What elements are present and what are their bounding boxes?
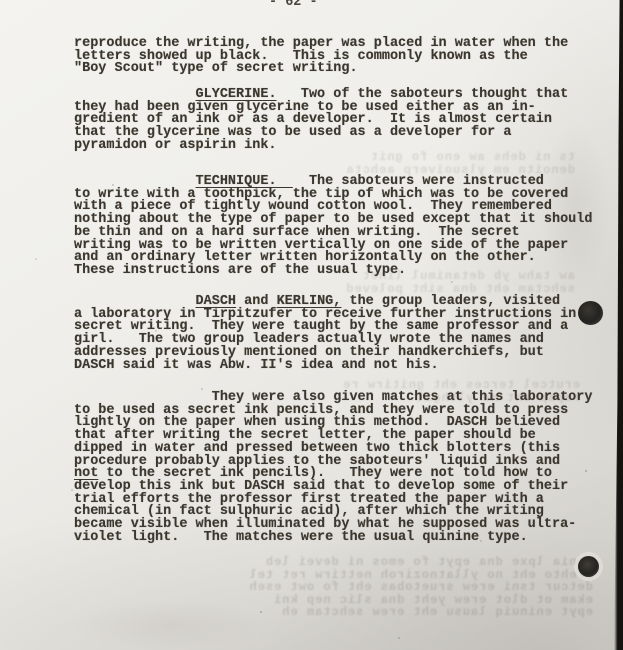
- technique-paragraph: TECHNIQUE. The saboteurs were instructed…: [74, 176, 592, 278]
- punch-hole-mark: [578, 556, 599, 577]
- scanned-document-page: - 62 - reproduce the writing, the paper …: [0, 0, 623, 650]
- text-line: These instructions are of the usual type…: [74, 265, 592, 278]
- glycerine-paragraph: GLYCERINE. Two of the saboteurs thought …: [74, 89, 568, 153]
- document-text: reproduce the writing, the paper was pla…: [0, 0, 623, 650]
- text-line: violet light. The matches were the usual…: [74, 532, 592, 545]
- matches-paragraph: They were also given matches at this lab…: [74, 392, 592, 544]
- text-line: pyramidon or aspirin ink.: [74, 140, 568, 153]
- dasch-kerling-paragraph: DASCH and KERLING, the group leaders, vi…: [74, 296, 576, 372]
- punch-hole-mark: [578, 301, 603, 325]
- text-line: "Boy Scout" type of secret writing.: [74, 63, 568, 76]
- text-line: DASCH said it was Abw. II's idea and not…: [74, 360, 576, 373]
- boy-scout-paragraph: reproduce the writing, the paper was pla…: [74, 38, 568, 76]
